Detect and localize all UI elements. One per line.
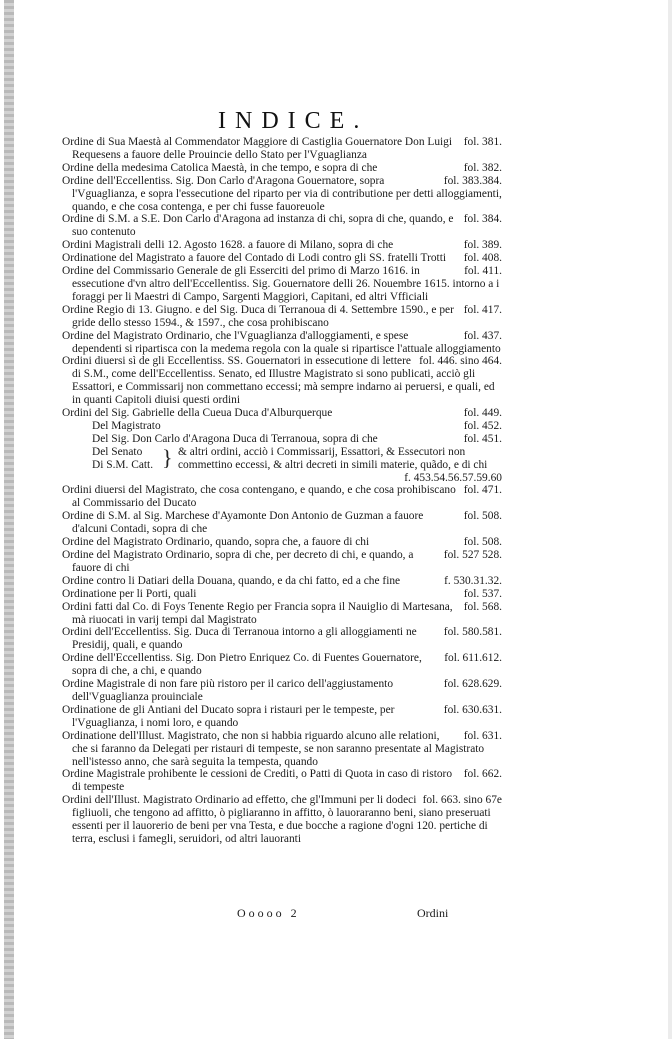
index-entry: fol. 411.Ordine del Commissario Generale…	[62, 265, 502, 304]
page-edge	[668, 0, 672, 1039]
index-entry: fol. 662.Ordine Magistrale prohibente le…	[62, 768, 502, 794]
index-entry: fol. 389.Ordini Magistrali delli 12. Ago…	[62, 239, 502, 252]
folio-ref: fol. 384.	[458, 213, 502, 226]
folio-ref: fol. 611.612.	[438, 652, 502, 665]
brace-labels: Del Senato Di S.M. Catt.	[92, 446, 162, 485]
index-entry: fol. 630.631.Ordinatione de gli Antiani …	[62, 704, 502, 730]
entry-text: Ordini dell'Eccellentiss. Sig. Duca di T…	[62, 626, 417, 651]
book-binding-edge	[4, 0, 14, 1039]
folio-ref: fol. 383.384.	[438, 175, 502, 188]
entry-text: Ordine del Commissario Generale de gli E…	[62, 265, 499, 303]
folio-ref: fol. 628.629.	[438, 678, 502, 691]
entry-text: Ordine Regio di 13. Giugno. e del Sig. D…	[62, 304, 454, 329]
entry-text: Ordine contro li Datiari della Douana, q…	[62, 575, 400, 587]
index-entry: fol. 628.629.Ordine Magistrale di non fa…	[62, 678, 502, 704]
signature-mark: Ooooo 2	[237, 906, 300, 921]
folio-ref: fol. 437.	[458, 330, 502, 343]
folio-ref: f. 530.31.32.	[438, 575, 502, 588]
entry-text: Ordine della medesima Catolica Maestà, i…	[62, 162, 377, 174]
folio-ref: f. 453.54.56.57.59.60	[400, 472, 502, 485]
entry-text: Ordine Magistrale di non fare più ristor…	[62, 678, 393, 703]
folio-ref: fol. 451.	[458, 433, 502, 446]
folio-ref: fol. 417.	[458, 304, 502, 317]
index-entries: fol. 381.Ordine di Sua Maestà al Commend…	[62, 136, 502, 846]
index-entry: fol. 446. sino 464.Ordini diuersi sì de …	[62, 355, 502, 407]
brace-group: Del Senato Di S.M. Catt. } & altri ordin…	[62, 446, 502, 485]
folio-ref: fol. 508.	[458, 536, 502, 549]
index-entry: fol. 580.581.Ordini dell'Eccellentiss. S…	[62, 626, 502, 652]
entry-text: Ordini Magistrali delli 12. Agosto 1628.…	[62, 239, 393, 251]
entry-text: Ordinatione per li Porti, quali	[62, 588, 196, 600]
index-entry: fol. 631.Ordinatione dell'Illust. Magist…	[62, 730, 502, 769]
entry-text: Ordine del Magistrato Ordinario, quando,…	[62, 536, 369, 548]
folio-ref: fol. 408.	[458, 252, 502, 265]
entry-text: Ordine di S.M. a S.E. Don Carlo d'Aragon…	[62, 213, 453, 238]
entry-text: Ordini del Sig. Gabrielle della Cueua Du…	[62, 407, 332, 419]
index-entry: fol. 408.Ordinatione del Magistrato a fa…	[62, 252, 502, 265]
folio-ref: fol. 446. sino 464.	[413, 355, 502, 368]
entry-text: Ordine del Magistrato Ordinario, sopra d…	[62, 549, 413, 574]
folio-ref: fol. 471.	[458, 484, 502, 497]
index-sub-entry: fol. 452.Del Magistrato	[62, 420, 502, 433]
index-entry: fol. 381.Ordine di Sua Maestà al Commend…	[62, 136, 502, 162]
entry-text: Ordine dell'Eccellentiss. Sig. Don Carlo…	[62, 175, 502, 213]
entry-text: Del Sig. Don Carlo d'Aragona Duca di Ter…	[92, 433, 378, 445]
index-entry: f. 530.31.32.Ordine contro li Datiari de…	[62, 575, 502, 588]
page-title: INDICE.	[218, 108, 368, 135]
index-entry: fol. 568.Ordini fatti dal Co. di Foys Te…	[62, 601, 502, 627]
index-entry: fol. 382.Ordine della medesima Catolica …	[62, 162, 502, 175]
folio-ref: fol. 527 528.	[438, 549, 502, 562]
catchword: Ordini	[417, 906, 448, 921]
entry-text: Ordine del Magistrato Ordinario, che l'V…	[62, 330, 501, 355]
entry-text: Del Magistrato	[92, 420, 161, 432]
index-sub-entry: fol. 451.Del Sig. Don Carlo d'Aragona Du…	[62, 433, 502, 446]
index-entry: fol. 537.Ordinatione per li Porti, quali	[62, 588, 502, 601]
index-entry: fol. 611.612.Ordine dell'Eccellentiss. S…	[62, 652, 502, 678]
entry-text: Ordini diuersi del Magistrato, che cosa …	[62, 484, 456, 509]
index-entry: fol. 417.Ordine Regio di 13. Giugno. e d…	[62, 304, 502, 330]
folio-ref: fol. 508.	[458, 510, 502, 523]
entry-text: Ordine Magistrale prohibente le cessioni…	[62, 768, 452, 793]
folio-ref: fol. 537.	[458, 588, 502, 601]
entry-text: Ordine di S.M. al Sig. Marchese d'Ayamon…	[62, 510, 423, 535]
index-entry: fol. 508.Ordine del Magistrato Ordinario…	[62, 536, 502, 549]
index-entry: fol. 471.Ordini diuersi del Magistrato, …	[62, 484, 502, 510]
brace-text: & altri ordini, acciò i Commissarij, Ess…	[178, 446, 502, 485]
folio-ref: fol. 568.	[458, 601, 502, 614]
index-entry: fol. 449.Ordini del Sig. Gabrielle della…	[62, 407, 502, 420]
brace-label: Del Senato	[92, 446, 162, 459]
folio-ref: fol. 411.	[458, 265, 502, 278]
folio-ref: fol. 662.	[458, 768, 502, 781]
entry-text: Ordinatione del Magistrato a fauore del …	[62, 252, 446, 264]
folio-ref: fol. 449.	[458, 407, 502, 420]
folio-ref: fol. 381.	[458, 136, 502, 149]
entry-text: & altri ordini, acciò i Commissarij, Ess…	[178, 446, 487, 471]
brace-icon: }	[162, 446, 178, 485]
folio-ref: fol. 382.	[458, 162, 502, 175]
index-entry: fol. 663. sino 67eOrdini dell'Illust. Ma…	[62, 794, 502, 846]
folio-ref: fol. 389.	[458, 239, 502, 252]
index-entry: fol. 508.Ordine di S.M. al Sig. Marchese…	[62, 510, 502, 536]
index-entry: fol. 384.Ordine di S.M. a S.E. Don Carlo…	[62, 213, 502, 239]
entry-text: Ordinatione de gli Antiani del Ducato so…	[62, 704, 394, 729]
entry-text: Ordini fatti dal Co. di Foys Tenente Reg…	[62, 601, 453, 626]
index-entry: fol. 383.384.Ordine dell'Eccellentiss. S…	[62, 175, 502, 214]
folio-ref: fol. 452.	[458, 420, 502, 433]
folio-ref: fol. 631.	[458, 730, 502, 743]
index-entry: fol. 527 528.Ordine del Magistrato Ordin…	[62, 549, 502, 575]
folio-ref: fol. 630.631.	[438, 704, 502, 717]
entry-text: Ordine dell'Eccellentiss. Sig. Don Pietr…	[62, 652, 422, 677]
index-entry: fol. 437.Ordine del Magistrato Ordinario…	[62, 330, 502, 356]
entry-text: Ordine di Sua Maestà al Commendator Magg…	[62, 136, 452, 161]
entry-text: Ordinatione dell'Illust. Magistrato, che…	[62, 730, 484, 768]
brace-label: Di S.M. Catt.	[92, 459, 162, 472]
folio-ref: fol. 663. sino 67e	[417, 794, 502, 807]
folio-ref: fol. 580.581.	[438, 626, 502, 639]
